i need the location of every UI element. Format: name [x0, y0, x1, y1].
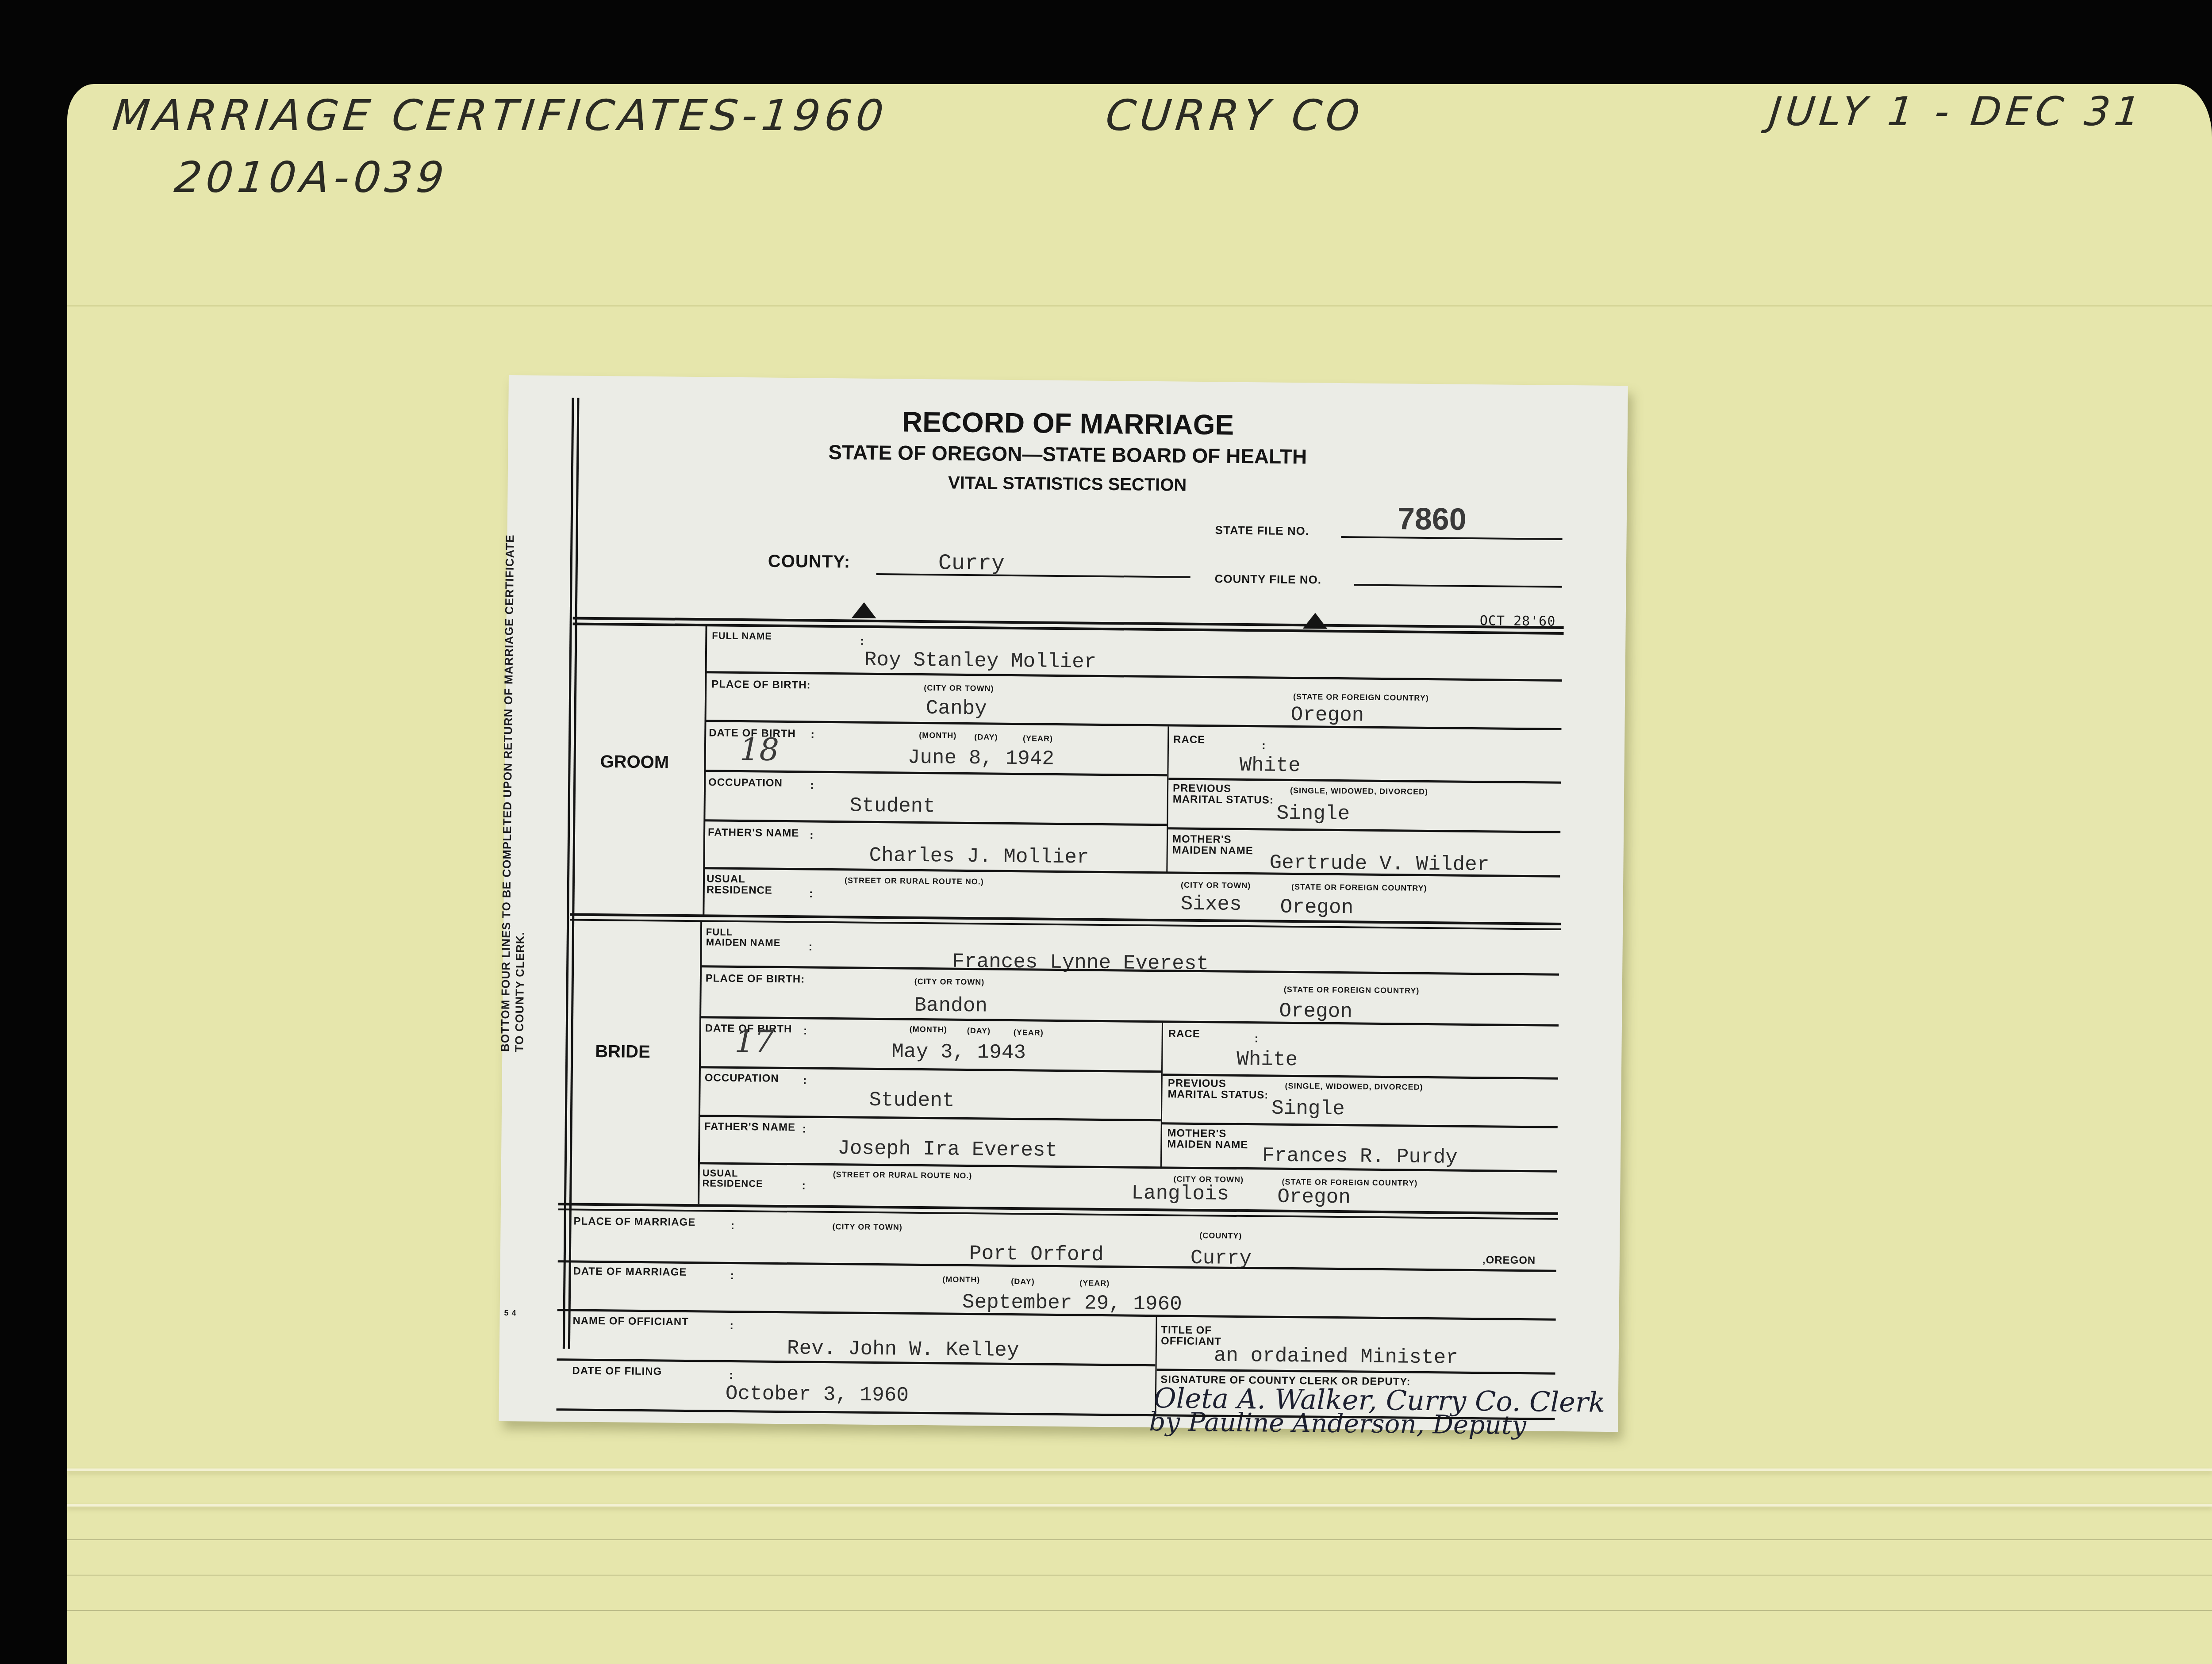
form-section: VITAL STATISTICS SECTION [508, 469, 1627, 499]
state-file-number: 7860 [1398, 501, 1467, 537]
column-divider [1166, 726, 1169, 872]
bride-mother-maiden-name[interactable]: Frances R. Purdy [1262, 1144, 1458, 1169]
groom-race-label: RACE [1173, 733, 1205, 747]
county-value: Curry [938, 551, 1005, 576]
bride-birth-state[interactable]: Oregon [1279, 1000, 1352, 1024]
state-file-label: STATE FILE NO. [1215, 523, 1310, 537]
row-divider [1168, 827, 1560, 833]
residence-label: RESIDENCE [702, 1177, 763, 1190]
city-sublabel: (CITY OR TOWN) [1181, 881, 1251, 891]
colon: : [730, 1219, 735, 1232]
bride-race-label: RACE [1168, 1027, 1200, 1041]
bride-birth-city[interactable]: Bandon [914, 994, 987, 1018]
date-of-marriage-label: DATE OF MARRIAGE [573, 1265, 687, 1279]
groom-occupation-label: OCCUPATION [708, 776, 783, 790]
colon: : [860, 634, 864, 648]
maiden-name-label: MAIDEN NAME [1167, 1138, 1248, 1152]
state-sublabel: (STATE OR FOREIGN COUNTRY) [1291, 882, 1427, 893]
city-sublabel: (CITY OR TOWN) [924, 683, 994, 694]
colon: : [809, 887, 814, 900]
groom-birth-city[interactable]: Canby [926, 697, 987, 720]
place-of-marriage-label: PLACE OF MARRIAGE [573, 1215, 695, 1229]
residence-label: RESIDENCE [707, 883, 772, 897]
month-sublabel: (MONTH) [919, 731, 956, 740]
colon: : [802, 1178, 806, 1192]
folder-crease [67, 1468, 2212, 1471]
groom-section-label: GROOM [600, 752, 669, 772]
state-sublabel: (STATE OR FOREIGN COUNTRY) [1293, 692, 1429, 703]
bride-occupation-label: OCCUPATION [705, 1071, 779, 1085]
colon: : [1262, 738, 1266, 751]
county-file-label: COUNTY FILE NO. [1215, 572, 1322, 586]
day-sublabel: (DAY) [1011, 1277, 1035, 1287]
bride-race[interactable]: White [1237, 1048, 1298, 1071]
groom-birth-state[interactable]: Oregon [1290, 703, 1364, 727]
county-underline [876, 573, 1190, 578]
colon: : [810, 728, 815, 741]
colon: : [803, 1073, 807, 1086]
left-border-line [568, 398, 580, 1349]
bride-marital-status[interactable]: Single [1271, 1097, 1345, 1121]
county-label: COUNTY: [768, 555, 851, 569]
fold-marker-icon [852, 602, 876, 618]
bride-age-handwritten: 17 [734, 1023, 774, 1060]
folder-tab-county: CURRY CO [1103, 91, 1366, 140]
colon: : [803, 1122, 807, 1135]
colon: : [803, 1024, 808, 1037]
bride-residence-city[interactable]: Langlois [1131, 1182, 1229, 1206]
filing-date[interactable]: October 3, 1960 [726, 1382, 909, 1407]
day-sublabel: (DAY) [967, 1026, 991, 1036]
bride-section-label: BRIDE [595, 1042, 650, 1062]
bride-father-name[interactable]: Joseph Ira Everest [837, 1137, 1057, 1162]
year-sublabel: (YEAR) [1079, 1278, 1110, 1288]
maiden-name-label: MAIDEN NAME [1172, 844, 1253, 858]
groom-full-name-label: FULL NAME [712, 629, 772, 643]
city-sublabel: (CITY OR TOWN) [832, 1222, 902, 1232]
folder-tab-title: MARRIAGE CERTIFICATES-1960 [110, 91, 890, 140]
colon: : [730, 1319, 734, 1332]
row-divider [705, 770, 1167, 776]
groom-full-name[interactable]: Roy Stanley Mollier [864, 648, 1097, 674]
folder-crease [67, 1504, 2212, 1507]
row-divider [700, 1016, 1559, 1027]
marital-options-sublabel: (SINGLE, WIDOWED, DIVORCED) [1285, 1081, 1423, 1092]
bride-date-of-birth[interactable]: May 3, 1943 [891, 1040, 1026, 1064]
clerk-signature-line-2: by Pauline Anderson, Deputy [1149, 1407, 1526, 1440]
folder-score-line [67, 1575, 2212, 1576]
street-sublabel: (STREET OR RURAL ROUTE NO.) [833, 1170, 972, 1181]
groom-occupation[interactable]: Student [849, 794, 935, 818]
row-divider [706, 671, 1562, 682]
marriage-city[interactable]: Port Orford [969, 1242, 1104, 1266]
form-code: 5 4 [504, 1306, 517, 1319]
marriage-record-card: BOTTOM FOUR LINES TO BE COMPLETED UPON R… [499, 375, 1628, 1432]
county-file-underline [1354, 584, 1562, 588]
groom-date-of-birth[interactable]: June 8, 1942 [907, 746, 1054, 771]
groom-father-name[interactable]: Charles J. Mollier [869, 844, 1089, 869]
street-sublabel: (STREET OR RURAL ROUTE NO.) [845, 876, 984, 886]
colon: : [729, 1368, 733, 1381]
marital-status-label: MARITAL STATUS: [1173, 793, 1274, 807]
officiant-name[interactable]: Rev. John W. Kelley [787, 1337, 1019, 1362]
bride-place-of-birth-label: PLACE OF BIRTH: [706, 972, 805, 986]
officiant-title[interactable]: an ordained Minister [1214, 1344, 1459, 1369]
city-sublabel: (CITY OR TOWN) [914, 977, 985, 987]
groom-residence-city[interactable]: Sixes [1180, 893, 1242, 916]
folder-tab-accession: 2010A-039 [172, 153, 451, 202]
colon: : [1255, 1031, 1259, 1045]
filing-date-label: DATE OF FILING [572, 1364, 662, 1378]
groom-place-of-birth-label: PLACE OF BIRTH: [711, 678, 811, 692]
bride-column-divider [698, 921, 702, 1204]
groom-residence-state[interactable]: Oregon [1280, 896, 1353, 920]
marital-options-sublabel: (SINGLE, WIDOWED, DIVORCED) [1290, 786, 1428, 797]
row-divider [705, 720, 1561, 730]
marital-status-label: MARITAL STATUS: [1167, 1088, 1268, 1102]
month-sublabel: (MONTH) [910, 1025, 947, 1035]
year-sublabel: (YEAR) [1014, 1028, 1044, 1038]
folder-fold-line [67, 305, 2212, 307]
colon: : [810, 778, 814, 792]
officiant-title-label: OFFICIANT [1161, 1334, 1221, 1348]
colon: : [810, 828, 814, 842]
folder-score-line [67, 1610, 2212, 1611]
month-sublabel: (MONTH) [942, 1275, 980, 1285]
column-divider [1160, 1023, 1163, 1169]
groom-age-handwritten: 18 [740, 731, 780, 768]
row-divider [704, 819, 1167, 826]
bride-father-label: FATHER'S NAME [704, 1120, 796, 1134]
groom-father-label: FATHER'S NAME [708, 826, 799, 840]
folder-tab-date-range: JULY 1 - DEC 31 [1767, 88, 2147, 135]
year-sublabel: (YEAR) [1023, 734, 1053, 744]
bride-maiden-name-label: MAIDEN NAME [706, 936, 781, 950]
state-sublabel: (STATE OR FOREIGN COUNTRY) [1284, 985, 1420, 996]
colon: : [808, 940, 813, 953]
day-sublabel: (DAY) [974, 732, 998, 742]
folder-score-line [67, 1539, 2212, 1540]
groom-marital-status[interactable]: Single [1276, 802, 1350, 826]
colon: : [730, 1269, 734, 1282]
bride-residence-state[interactable]: Oregon [1277, 1185, 1351, 1209]
county-sublabel: (COUNTY) [1199, 1231, 1242, 1241]
oregon-suffix: ,OREGON [1482, 1254, 1536, 1267]
officiant-name-label: NAME OF OFFICIANT [572, 1314, 689, 1329]
marriage-date[interactable]: September 29, 1960 [962, 1291, 1182, 1316]
groom-race[interactable]: White [1239, 754, 1301, 777]
bride-occupation[interactable]: Student [869, 1089, 955, 1112]
